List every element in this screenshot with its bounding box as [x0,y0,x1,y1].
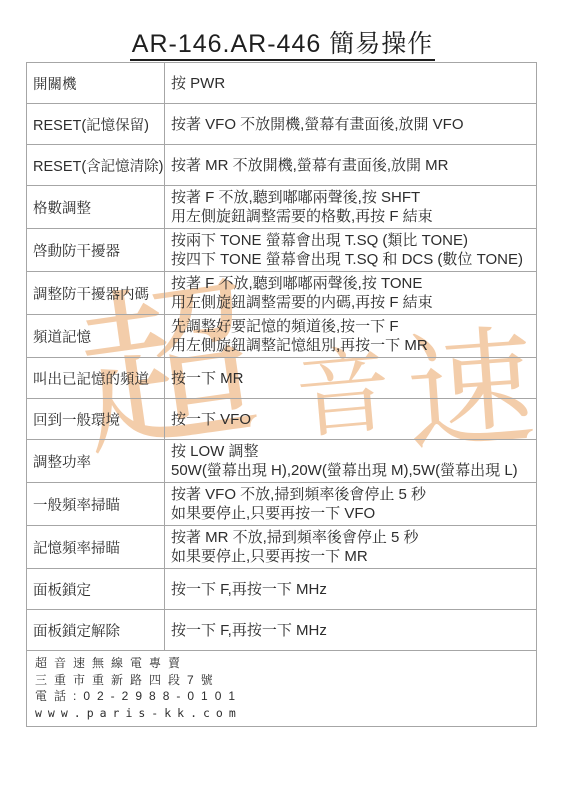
instruction-line: 按著 VFO 不放開機,螢幕有畫面後,放開 VFO [171,115,530,134]
store-phone: 電話:02-2988-0101 [35,688,528,705]
table-row: RESET(記憶保留) 按著 VFO 不放開機,螢幕有畫面後,放開 VFO [27,104,536,145]
table-row: 格數調整 按著 F 不放,聽到嘟嘟兩聲後,按 SHFT 用左側旋鈕調整需要的格數… [27,186,536,229]
instruction-line: 50W(螢幕出現 H),20W(螢幕出現 M),5W(螢幕出現 L) [171,461,530,480]
operation-instructions: 按 PWR [164,63,536,103]
instruction-line: 用左側旋鈕調整記憶組別,再按一下 MR [171,336,530,355]
table-row: 回到一般環境 按一下 VFO [27,399,536,440]
operation-instructions: 先調整好要記憶的頻道後,按一下 F 用左側旋鈕調整記憶組別,再按一下 MR [164,315,536,357]
operation-name: 回到一般環境 [27,399,164,439]
operation-name: 面板鎖定解除 [27,610,164,650]
operation-instructions: 按著 MR 不放開機,螢幕有畫面後,放開 MR [164,145,536,185]
instruction-line: 按 PWR [171,74,530,93]
operation-name: 調整防干擾器内碼 [27,272,164,314]
table-row: 啓動防干擾器 按兩下 TONE 螢幕會出現 T.SQ (類比 TONE) 按四下… [27,229,536,272]
operation-name: RESET(含記憶清除) [27,145,164,185]
table-row: 頻道記憶 先調整好要記憶的頻道後,按一下 F 用左側旋鈕調整記憶組別,再按一下 … [27,315,536,358]
instruction-line: 先調整好要記憶的頻道後,按一下 F [171,317,530,336]
operation-instructions: 按一下 F,再按一下 MHz [164,610,536,650]
document-page: 超 音 速 AR-146.AR-446 簡易操作 開關機 按 PWR RESET… [0,0,565,800]
instruction-line: 按著 F 不放,聽到嘟嘟兩聲後,按 TONE [171,274,530,293]
store-name: 超音速無線電專賣 [35,655,528,672]
table-row: 調整防干擾器内碼 按著 F 不放,聽到嘟嘟兩聲後,按 TONE 用左側旋鈕調整需… [27,272,536,315]
instruction-line: 按著 F 不放,聽到嘟嘟兩聲後,按 SHFT [171,188,530,207]
table-row: 面板鎖定解除 按一下 F,再按一下 MHz [27,610,536,651]
table-row: 一般頻率掃瞄 按著 VFO 不放,掃到頻率後會停止 5 秒 如果要停止,只要再按… [27,483,536,526]
operation-name: 記憶頻率掃瞄 [27,526,164,568]
instruction-line: 如果要停止,只要再按一下 MR [171,547,530,566]
page-title: AR-146.AR-446 簡易操作 [0,24,565,60]
instruction-line: 用左側旋鈕調整需要的格數,再按 F 結束 [171,207,530,226]
table-row: 調整功率 按 LOW 調整 50W(螢幕出現 H),20W(螢幕出現 M),5W… [27,440,536,483]
table-row: RESET(含記憶清除) 按著 MR 不放開機,螢幕有畫面後,放開 MR [27,145,536,186]
operation-instructions: 按著 F 不放,聽到嘟嘟兩聲後,按 TONE 用左側旋鈕調整需要的内碼,再按 F… [164,272,536,314]
instruction-line: 按 LOW 調整 [171,442,530,461]
operation-name: RESET(記憶保留) [27,104,164,144]
store-address: 三重市重新路四段7號 [35,672,528,689]
instruction-line: 用左側旋鈕調整需要的内碼,再按 F 結束 [171,293,530,312]
instruction-line: 按四下 TONE 螢幕會出現 T.SQ 和 DCS (數位 TONE) [171,250,530,269]
instruction-line: 按一下 MR [171,369,530,388]
instruction-line: 如果要停止,只要再按一下 VFO [171,504,530,523]
instruction-line: 按著 MR 不放開機,螢幕有畫面後,放開 MR [171,156,530,175]
operation-name: 調整功率 [27,440,164,482]
operation-instructions: 按著 VFO 不放開機,螢幕有畫面後,放開 VFO [164,104,536,144]
operation-name: 格數調整 [27,186,164,228]
operation-instructions: 按一下 VFO [164,399,536,439]
instruction-line: 按一下 F,再按一下 MHz [171,621,530,640]
operation-instructions: 按 LOW 調整 50W(螢幕出現 H),20W(螢幕出現 M),5W(螢幕出現… [164,440,536,482]
instruction-line: 按兩下 TONE 螢幕會出現 T.SQ (類比 TONE) [171,231,530,250]
table-row: 記憶頻率掃瞄 按著 MR 不放,掃到頻率後會停止 5 秒 如果要停止,只要再按一… [27,526,536,569]
table-row: 開關機 按 PWR [27,63,536,104]
store-website: www.paris-kk.com [35,705,528,722]
operation-name: 一般頻率掃瞄 [27,483,164,525]
operation-name: 啓動防干擾器 [27,229,164,271]
operation-name: 開關機 [27,63,164,103]
instruction-line: 按著 VFO 不放,掃到頻率後會停止 5 秒 [171,485,530,504]
operations-table: 開關機 按 PWR RESET(記憶保留) 按著 VFO 不放開機,螢幕有畫面後… [26,62,537,727]
operation-instructions: 按一下 MR [164,358,536,398]
operation-instructions: 按著 VFO 不放,掃到頻率後會停止 5 秒 如果要停止,只要再按一下 VFO [164,483,536,525]
operation-instructions: 按著 MR 不放,掃到頻率後會停止 5 秒 如果要停止,只要再按一下 MR [164,526,536,568]
operation-name: 叫出已記憶的頻道 [27,358,164,398]
table-row: 面板鎖定 按一下 F,再按一下 MHz [27,569,536,610]
operation-instructions: 按一下 F,再按一下 MHz [164,569,536,609]
instruction-line: 按著 MR 不放,掃到頻率後會停止 5 秒 [171,528,530,547]
page-title-text: AR-146.AR-446 簡易操作 [130,30,435,61]
instruction-line: 按一下 F,再按一下 MHz [171,580,530,599]
store-info: 超音速無線電專賣 三重市重新路四段7號 電話:02-2988-0101 www.… [27,651,536,726]
operation-instructions: 按著 F 不放,聽到嘟嘟兩聲後,按 SHFT 用左側旋鈕調整需要的格數,再按 F… [164,186,536,228]
table-row: 叫出已記憶的頻道 按一下 MR [27,358,536,399]
operation-name: 面板鎖定 [27,569,164,609]
operation-instructions: 按兩下 TONE 螢幕會出現 T.SQ (類比 TONE) 按四下 TONE 螢… [164,229,536,271]
operation-name: 頻道記憶 [27,315,164,357]
instruction-line: 按一下 VFO [171,410,530,429]
